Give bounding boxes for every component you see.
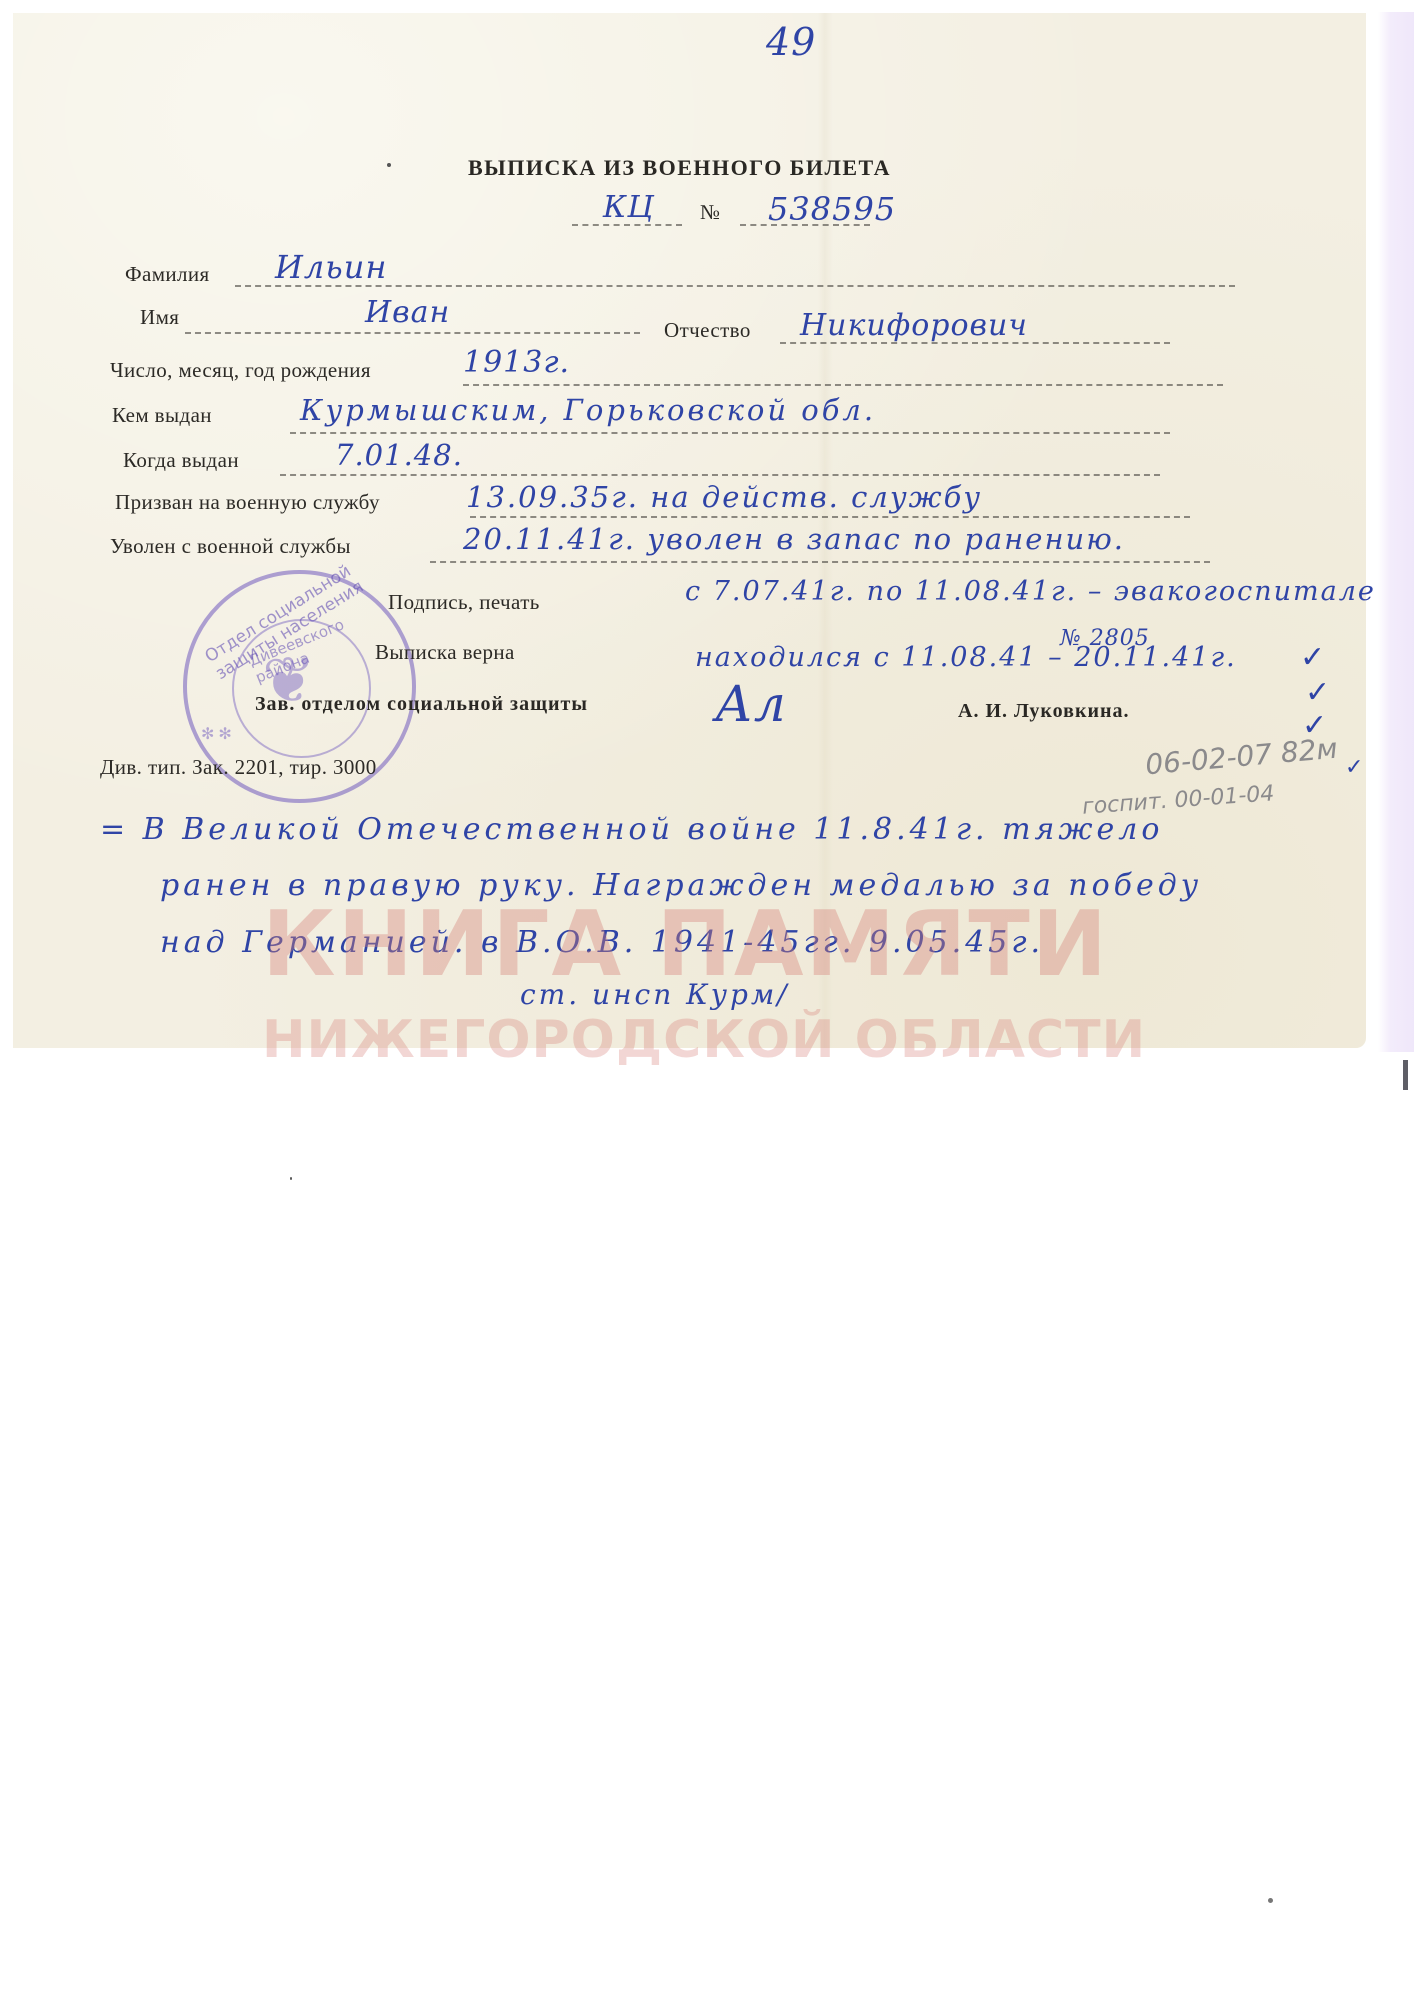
issued-by-value: Курмышским, Горьковской обл. [300,393,876,427]
name-value: Иван [365,295,450,330]
issued-by-label: Кем выдан [112,403,212,428]
birth-line [463,384,1223,386]
issued-on-line [280,474,1160,476]
discharged-value: 20.11.41г. уволен в запас по ранению. [463,522,1125,556]
drafted-label: Призван на военную службу [115,490,380,515]
name-line [185,332,640,334]
discharged-line [430,561,1210,563]
issued-on-label: Когда выдан [123,448,239,473]
surname-value: Ильин [275,248,387,286]
position-title: Зав. отделом социальной защиты [255,693,588,716]
scan-edge-strip [1378,12,1414,1052]
verified-label: Выписка верна [375,640,515,665]
speck [387,163,391,167]
document-title: ВЫПИСКА ИЗ ВОЕННОГО БИЛЕТА [468,155,891,181]
signatory-name: А. И. Луковкина. [958,700,1130,723]
note-line-1: с 7.07.41г. по 11.08.41г. – эвакогоспита… [685,576,1376,607]
checkmark-icon: ✓ [1345,755,1363,780]
printer-line: Див. тип. Зак. 2201, тир. 3000 [100,755,377,780]
document-number: 538595 [768,190,896,228]
patronymic-value: Никифорович [800,308,1028,343]
speck [290,1177,292,1180]
issued-on-value: 7.01.48. [335,438,463,472]
watermark-title: КНИГА ПАМЯТИ [262,892,1109,997]
drafted-value: 13.09.35г. на действ. службу [466,480,982,514]
checkmark-icon: ✓ [1305,675,1330,710]
series-value: КЦ [603,190,654,225]
signature-label: Подпись, печать [388,590,540,615]
name-label: Имя [140,305,179,330]
checkmark-icon: ✓ [1300,640,1325,675]
birth-label: Число, месяц, год рождения [110,358,371,383]
discharged-label: Уволен с военной службы [110,534,351,559]
stamp-stars-icon: ✻ ✻ [201,724,232,744]
handwritten-signature: Ал [715,675,787,733]
page-number: 49 [766,20,816,64]
remark-line-1: = В Великой Отечественной войне 11.8.41г… [100,812,1163,847]
birth-value: 1913г. [463,345,570,380]
drafted-line [470,516,1190,518]
watermark-subtitle: НИЖЕГОРОДСКОЙ ОБЛАСТИ [262,1010,1146,1070]
surname-label: Фамилия [125,262,210,287]
patronymic-label: Отчество [664,318,751,343]
issued-by-line [290,432,1170,434]
number-label: № [700,200,720,225]
note-line-2: находился с 11.08.41 – 20.11.41г. [695,642,1237,673]
speck [1268,1898,1273,1903]
scan-edge-mark [1403,1060,1408,1090]
